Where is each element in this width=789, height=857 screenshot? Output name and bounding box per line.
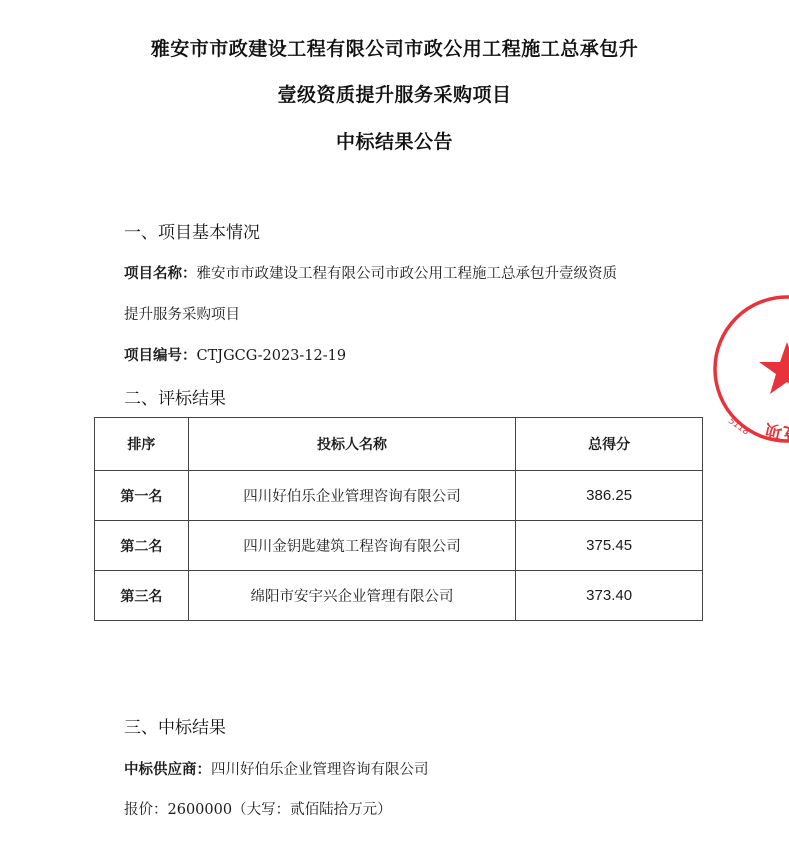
supplier-value: 四川好伯乐企业管理咨询有限公司 [211, 762, 429, 778]
section-heading-award: 三、中标结果 [124, 713, 226, 738]
rank-cell: 第二名 [95, 521, 189, 571]
bidder-cell: 四川金钥匙建筑工程咨询有限公司 [188, 521, 515, 571]
header-score: 总得分 [516, 418, 703, 471]
section-heading-evaluation: 二、评标结果 [124, 384, 226, 409]
project-name-line-2: 提升服务采购项目 [124, 303, 240, 324]
project-number-label: 项目编号： [124, 348, 197, 364]
winning-supplier: 中标供应商：四川好伯乐企业管理咨询有限公司 [124, 758, 429, 779]
official-seal-icon: 雅安城投建设项 5118 [712, 294, 789, 444]
score-cell: 386.25 [516, 471, 703, 521]
rank-cell: 第一名 [95, 471, 189, 521]
title-line-1: 雅安市市政建设工程有限公司市政公用工程施工总承包升 [0, 34, 789, 61]
section-heading-basic-info: 一、项目基本情况 [124, 218, 260, 243]
table-header-row: 排序 投标人名称 总得分 [95, 418, 703, 471]
table-row: 第一名 四川好伯乐企业管理咨询有限公司 386.25 [95, 471, 703, 521]
price-label: 报价： [124, 802, 168, 818]
project-name-label: 项目名称： [124, 266, 197, 282]
bidder-cell: 绵阳市安宇兴企业管理有限公司 [188, 571, 515, 621]
table-row: 第二名 四川金钥匙建筑工程咨询有限公司 375.45 [95, 521, 703, 571]
score-cell: 375.45 [516, 521, 703, 571]
score-cell: 373.40 [516, 571, 703, 621]
bid-price: 报价：2600000（大写：贰佰陆拾万元） [124, 798, 392, 819]
project-name-value: 雅安市市政建设工程有限公司市政公用工程施工总承包升壹级资质 [197, 266, 618, 282]
project-number: 项目编号：CTJGCG-2023-12-19 [124, 344, 346, 365]
seal-code: 5118 [726, 416, 751, 437]
supplier-label: 中标供应商： [124, 762, 211, 778]
table-row: 第三名 绵阳市安宇兴企业管理有限公司 373.40 [95, 571, 703, 621]
title-line-2: 壹级资质提升服务采购项目 [0, 80, 789, 107]
project-name-line-1: 项目名称：雅安市市政建设工程有限公司市政公用工程施工总承包升壹级资质 [124, 262, 617, 283]
evaluation-table: 排序 投标人名称 总得分 第一名 四川好伯乐企业管理咨询有限公司 386.25 … [94, 417, 703, 621]
rank-cell: 第三名 [95, 571, 189, 621]
price-value: 2600000（大写：贰佰陆拾万元） [168, 802, 392, 818]
page-title: 中标结果公告 [0, 127, 789, 154]
header-bidder: 投标人名称 [188, 418, 515, 471]
project-number-value: CTJGCG-2023-12-19 [197, 348, 347, 364]
bidder-cell: 四川好伯乐企业管理咨询有限公司 [188, 471, 515, 521]
header-rank: 排序 [95, 418, 189, 471]
